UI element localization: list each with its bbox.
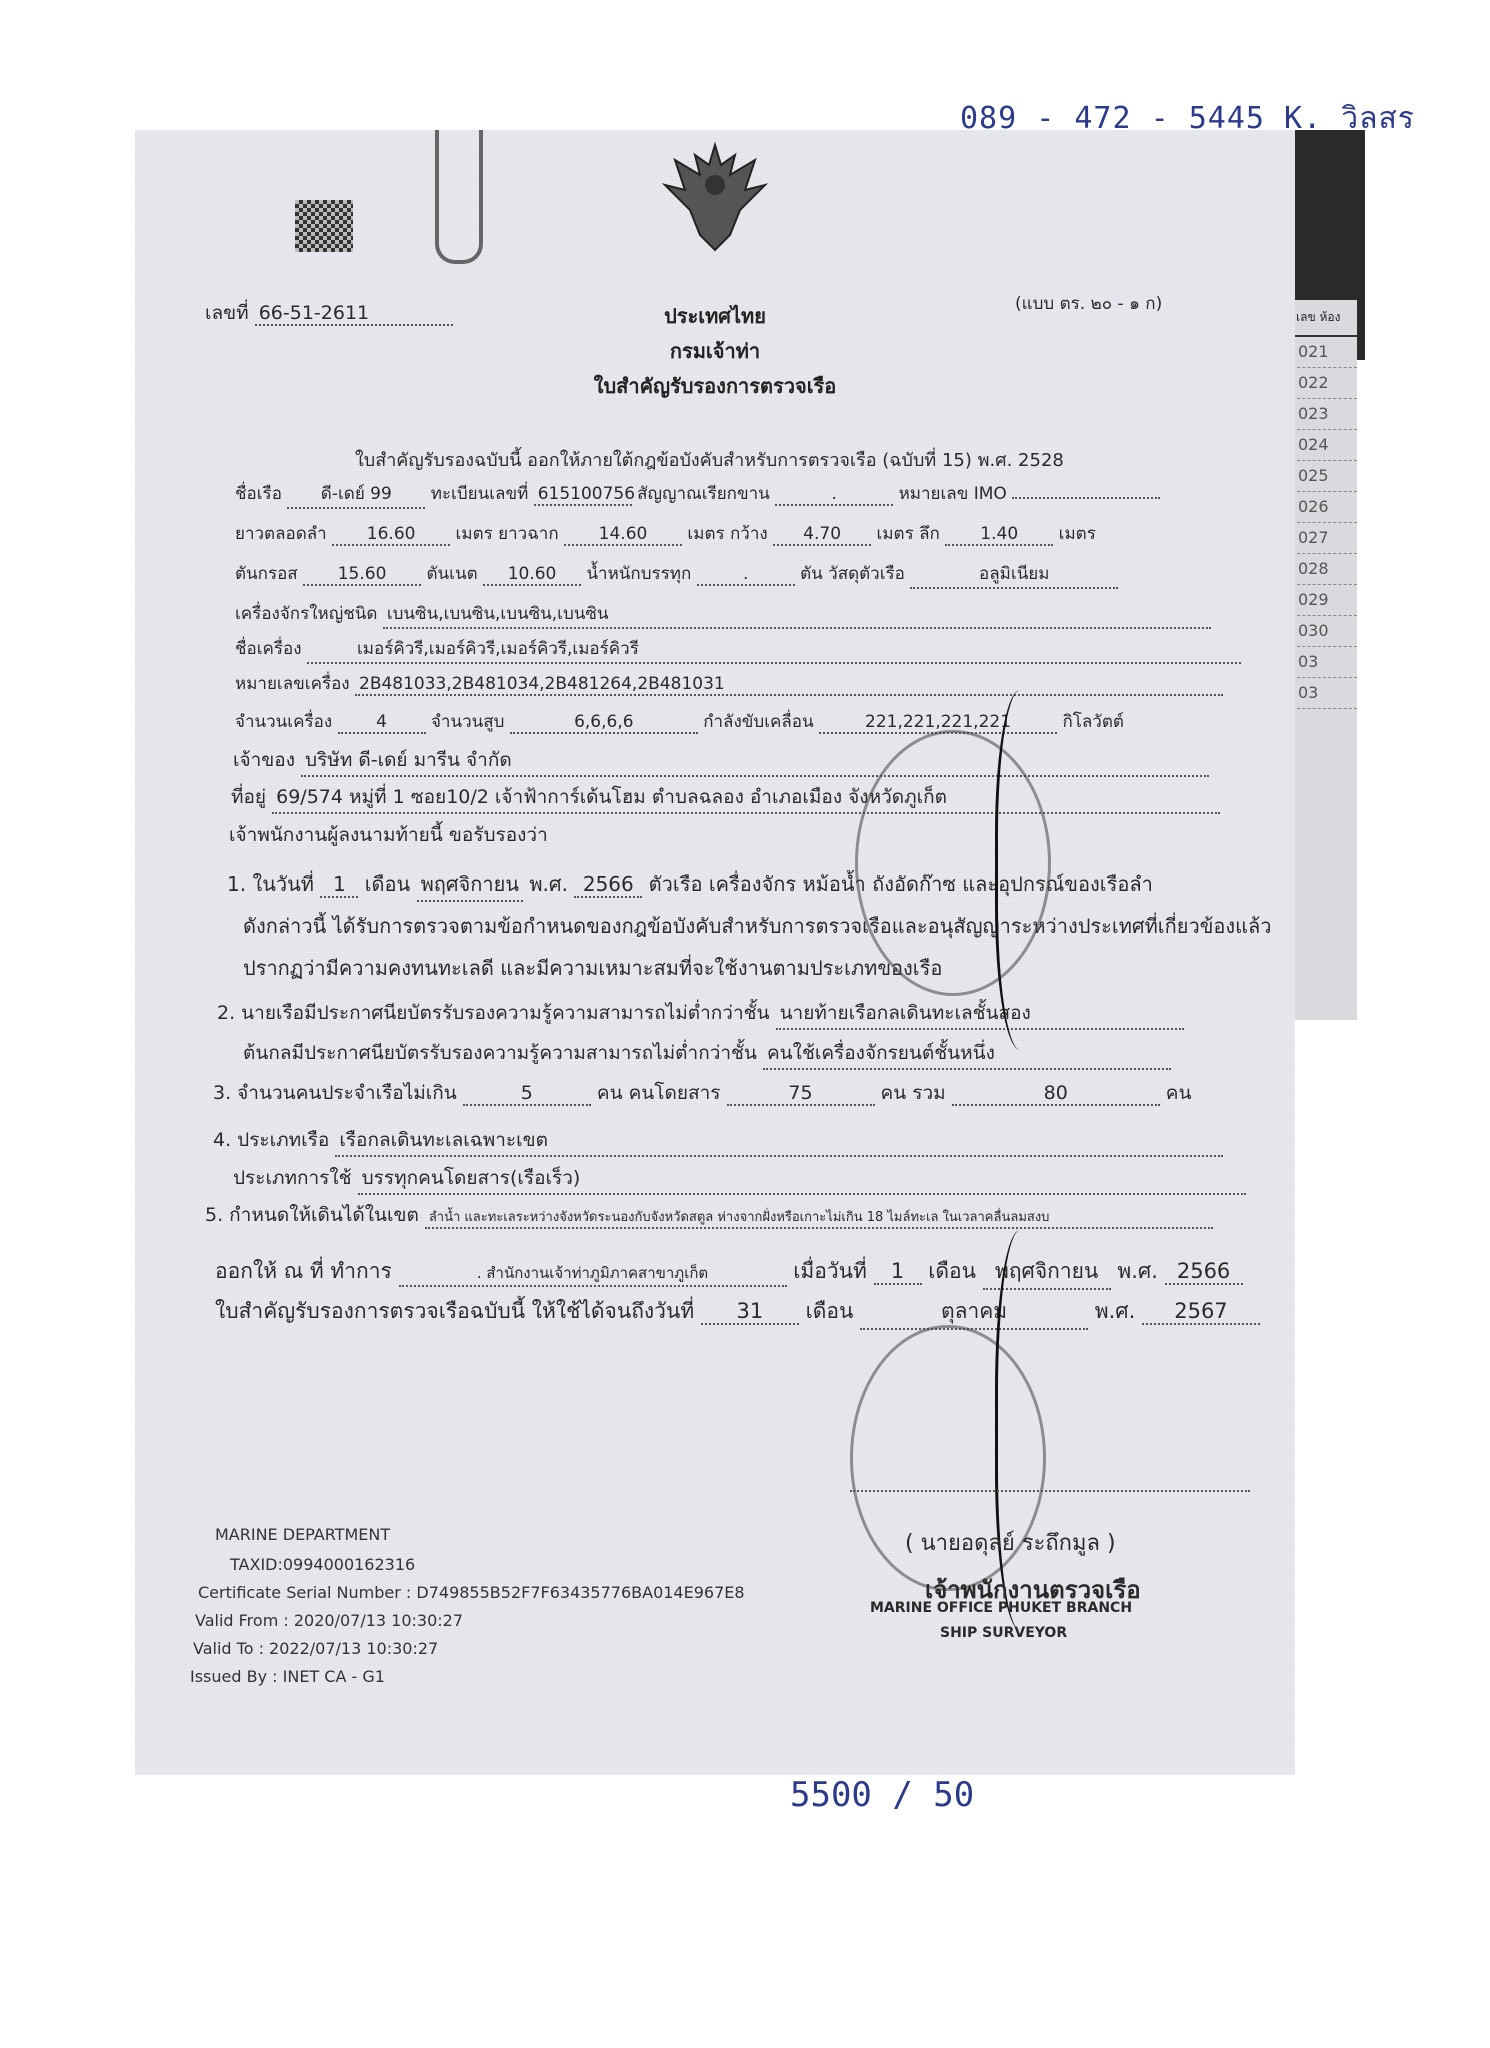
digital-sig-valid-to: Valid To : 2022/07/13 10:30:27 xyxy=(193,1639,438,1658)
lbp-value: 14.60 xyxy=(564,524,682,546)
side-sheet-row: 028 xyxy=(1292,554,1357,585)
department-heading: กรมเจ้าท่า xyxy=(135,335,1295,367)
total-count: 80 xyxy=(952,1082,1160,1106)
year-label: พ.ศ. xyxy=(529,872,568,896)
signature-line xyxy=(850,1490,1250,1492)
net-value: 10.60 xyxy=(483,564,581,586)
side-sheet-row: 024 xyxy=(1292,430,1357,461)
total-label: คน รวม xyxy=(881,1082,946,1104)
side-sheet-row: 029 xyxy=(1292,585,1357,616)
depth-value: 1.40 xyxy=(945,524,1053,546)
garuda-emblem-icon xyxy=(655,140,775,260)
issued-office: . สำนักงานเจ้าท่าภูมิภาคสาขาภูเก็ต xyxy=(399,1261,787,1287)
valid-month-label: เดือน xyxy=(806,1299,854,1323)
valid-day: 31 xyxy=(701,1299,799,1325)
handwritten-bottom-note: 5500 / 50 xyxy=(790,1775,974,1815)
operating-area: ลำน้ำ และทะเลระหว่างจังหวัดระนองกับจังหว… xyxy=(425,1206,1213,1229)
power-unit: กิโลวัตต์ xyxy=(1062,712,1123,732)
side-sheet-row: 023 xyxy=(1292,399,1357,430)
ship-type-label: 4. ประเภทเรือ xyxy=(213,1129,329,1151)
material-label: ตัน วัสดุตัวเรือ xyxy=(800,564,905,584)
item1-prefix: 1. ในวันที่ xyxy=(227,872,314,896)
crew-count: 5 xyxy=(463,1082,591,1106)
country-heading: ประเทศไทย xyxy=(135,300,1295,332)
valid-year: 2567 xyxy=(1142,1299,1260,1325)
engineer-label: ต้นกลมีประกาศนียบัตรรับรองความรู้ความสาม… xyxy=(243,1042,757,1064)
engine-count-label: จำนวนเครื่อง xyxy=(235,712,332,732)
breadth-value: 4.70 xyxy=(773,524,871,546)
gross-value: 15.60 xyxy=(303,564,421,586)
inspection-month: พฤศจิกายน xyxy=(417,868,523,902)
engine-numbers: 2B481033,2B481034,2B481264,2B481031 xyxy=(355,674,1223,696)
area-label: 5. กำหนดให้เดินได้ในเขต xyxy=(205,1204,419,1226)
digital-sig-org: MARINE DEPARTMENT xyxy=(215,1525,390,1544)
certificate-page: เลขที่ 66-51-2611 (แบบ ตร. ๒๐ - ๑ ก) ประ… xyxy=(135,130,1295,1775)
cylinders: 6,6,6,6 xyxy=(510,712,698,734)
dwt-value: . xyxy=(697,564,795,586)
engine-name-label: ชื่อเครื่อง xyxy=(235,639,302,659)
month-label: เดือน xyxy=(365,872,411,896)
callsign: . xyxy=(775,484,893,506)
engine-type-label: เครื่องจักรใหญ่ชนิด xyxy=(235,604,377,624)
valid-until-label: ใบสำคัญรับรองการตรวจเรือฉบับนี้ ให้ใช้ได… xyxy=(215,1299,694,1323)
side-sheet-row: 030 xyxy=(1292,616,1357,647)
use-type-label: ประเภทการใช้ xyxy=(233,1167,352,1189)
issued-year-label: พ.ศ. xyxy=(1117,1259,1158,1283)
certificate-title: ใบสำคัญรับรองการตรวจเรือ xyxy=(135,370,1295,402)
owner-name: บริษัท ดี-เดย์ มารีน จำกัด xyxy=(301,745,1209,777)
ship-name-label: ชื่อเรือ xyxy=(235,484,282,504)
ship-name: ดี-เดย์ 99 xyxy=(287,480,425,509)
signatory-role: SHIP SURVEYOR xyxy=(940,1625,1067,1641)
side-sheet-row: 03 xyxy=(1292,647,1357,678)
loa-label: ยาวตลอดลำ xyxy=(235,524,327,544)
engine-type: เบนซิน,เบนซิน,เบนซิน,เบนซิน xyxy=(383,600,1211,629)
engine-name: เมอร์คิวรี,เมอร์คิวรี,เมอร์คิวรี,เมอร์คิ… xyxy=(307,635,1241,664)
inspection-year: 2566 xyxy=(574,872,642,898)
side-sheet-header: เลข ห้อง xyxy=(1292,300,1357,337)
signatory-name: ( นายอดุลย์ ระถึกมูล ) xyxy=(905,1525,1116,1560)
digital-sig-valid-from: Valid From : 2020/07/13 10:30:27 xyxy=(195,1611,463,1630)
unit-person: คน xyxy=(1166,1082,1192,1104)
side-sheet-row: 03 xyxy=(1292,678,1357,709)
cylinders-label: จำนวนสูบ xyxy=(431,712,504,732)
digital-sig-serial: Certificate Serial Number : D749855B52F7… xyxy=(198,1583,745,1602)
reg-label: ทะเบียนเลขที่ xyxy=(431,484,529,504)
master-cert: นายท้ายเรือกลเดินทะเลชั้นสอง xyxy=(776,998,1184,1030)
dwt-label: น้ำหนักบรรทุก xyxy=(586,564,691,584)
imo-label: หมายเลข IMO xyxy=(899,484,1007,504)
certify-intro: เจ้าพนักงานผู้ลงนามท้ายนี้ ขอรับรองว่า xyxy=(229,820,548,850)
reg-number: 615100756 xyxy=(534,484,632,506)
owner-label: เจ้าของ xyxy=(233,749,295,771)
side-sheet-row: 022 xyxy=(1292,368,1357,399)
side-sheet-row: 027 xyxy=(1292,523,1357,554)
address-label: ที่อยู่ xyxy=(231,786,266,808)
depth-label: เมตร ลึก xyxy=(877,524,940,544)
issued-day: 1 xyxy=(874,1259,922,1285)
intro-text: ใบสำคัญรับรองฉบับนี้ ออกให้ภายใต้กฎข้อบั… xyxy=(355,445,1064,474)
issued-date-label: เมื่อวันที่ xyxy=(793,1259,867,1283)
issued-year: 2566 xyxy=(1165,1259,1243,1285)
loa-value: 16.60 xyxy=(332,524,450,546)
engineer-cert: คนใช้เครื่องจักรยนต์ชั้นหนึ่ง xyxy=(763,1038,1171,1070)
engine-no-label: หมายเลขเครื่อง xyxy=(235,674,350,694)
ship-type: เรือกลเดินทะเลเฉพาะเขต xyxy=(335,1125,1223,1157)
issued-month-label: เดือน xyxy=(928,1259,976,1283)
issued-at-label: ออกให้ ณ ที่ ทำการ xyxy=(215,1259,392,1283)
digital-sig-issuer: Issued By : INET CA - G1 xyxy=(190,1667,385,1686)
item1-line2: ดังกล่าวนี้ ได้รับการตรวจตามข้อกำหนดของก… xyxy=(243,910,1272,942)
engine-count: 4 xyxy=(338,712,426,734)
pax-label: คน คนโดยสาร xyxy=(597,1082,721,1104)
valid-year-label: พ.ศ. xyxy=(1095,1299,1136,1323)
paperclip-icon xyxy=(435,130,483,264)
imo-number xyxy=(1012,497,1160,499)
lbp-label: เมตร ยาวฉาก xyxy=(456,524,559,544)
item1-line3: ปรากฏว่ามีความคงทนทะเลดี และมีความเหมาะส… xyxy=(243,952,942,984)
gross-label: ตันกรอส xyxy=(235,564,298,584)
use-type: บรรทุกคนโดยสาร(เรือเร็ว) xyxy=(358,1163,1246,1195)
side-sheet-row: 026 xyxy=(1292,492,1357,523)
side-sheet-row: 021 xyxy=(1292,337,1357,368)
digital-sig-taxid: TAXID:0994000162316 xyxy=(230,1555,415,1574)
inspection-day: 1 xyxy=(320,872,358,898)
qr-code-icon xyxy=(295,200,353,252)
crew-label: 3. จำนวนคนประจำเรือไม่เกิน xyxy=(213,1082,457,1104)
side-sheet: เลข ห้อง 0210220230240250260270280290300… xyxy=(1290,300,1357,1020)
unit-meter: เมตร xyxy=(1059,524,1096,544)
signature-mark xyxy=(995,690,1058,1050)
signatory-office: MARINE OFFICE PHUKET BRANCH xyxy=(870,1600,1132,1616)
power-label: กำลังขับเคลื่อน xyxy=(703,712,813,732)
callsign-label: สัญญาณเรียกขาน xyxy=(637,484,770,504)
master-label: 2. นายเรือมีประกาศนียบัตรรับรองความรู้คว… xyxy=(217,1002,770,1024)
net-label: ตันเนต xyxy=(426,564,477,584)
breadth-label: เมตร กว้าง xyxy=(687,524,767,544)
passenger-count: 75 xyxy=(727,1082,875,1106)
side-sheet-row: 025 xyxy=(1292,461,1357,492)
owner-address: 69/574 หมู่ที่ 1 ซอย10/2 เจ้าฟ้าการ์เด้น… xyxy=(272,782,1220,814)
material-value: อลูมิเนียม xyxy=(910,560,1118,589)
